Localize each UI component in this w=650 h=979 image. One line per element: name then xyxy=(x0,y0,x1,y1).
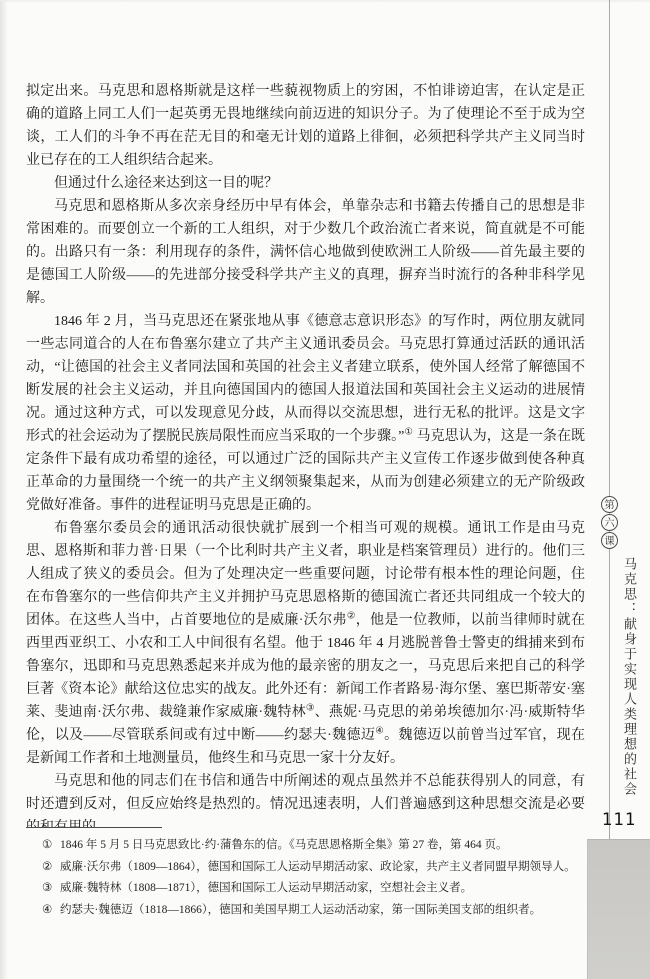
footnote-item: ①1846 年 5 月 5 日马克思致比·约·蒲鲁东的信。《马克思恩格斯全集》第… xyxy=(26,838,588,853)
footnote-marker: ① xyxy=(42,838,57,853)
footnote-marker: ③ xyxy=(42,881,57,896)
page-number: 111 xyxy=(602,810,636,829)
left-edge-shadow xyxy=(0,0,8,979)
footnote-marker: ④ xyxy=(42,903,57,918)
body-paragraph: 拟定出来。马克思和恩格斯就是这样一些藐视物质上的穷困，不怕诽谤迫害，在认定是正确… xyxy=(26,80,585,172)
footnote-ref: ④ xyxy=(375,726,384,736)
lesson-title: 马克思：献身于实现人类理想的社会 xyxy=(620,557,639,807)
footnote-text: 威廉·沃尔弗（1809—1864），德国和国际工人运动早期活动家、政论家，共产主… xyxy=(60,860,588,875)
scanned-book-page: 拟定出来。马克思和恩格斯就是这样一些藐视物质上的穷困，不怕诽谤迫害，在认定是正确… xyxy=(0,0,650,979)
lesson-badge-char: 第 xyxy=(601,496,618,513)
sidebar-rule xyxy=(609,0,610,839)
lesson-badge: 第六课 xyxy=(601,496,619,550)
footnote-text: 威廉·魏特林（1808—1871），德国和国际工人运动早期活动家，空想社会主义者… xyxy=(60,881,588,896)
lesson-badge-char: 六 xyxy=(601,514,618,531)
footnote-text: 约瑟夫·魏德迈（1818—1866），德国和美国早期工人运动活动家，第一国际美国… xyxy=(60,903,588,918)
corner-shade xyxy=(587,839,650,979)
footnote-marker: ② xyxy=(42,860,57,875)
footnote-ref: ② xyxy=(347,611,356,621)
body-paragraph: 1846 年 2 月，当马克思还在紧张地从事《德意志意识形态》的写作时，两位朋友… xyxy=(26,310,585,517)
footnote-text: 1846 年 5 月 5 日马克思致比·约·蒲鲁东的信。《马克思恩格斯全集》第 … xyxy=(60,838,588,853)
footnote-item: ④约瑟夫·魏德迈（1818—1866），德国和美国早期工人运动活动家，第一国际美… xyxy=(26,903,588,918)
body-paragraph: 但通过什么途径来达到这一目的呢？ xyxy=(26,172,585,195)
body-paragraph: 布鲁塞尔委员会的通讯活动很快就扩展到一个相当可观的规模。通讯工作是由马克思、恩格… xyxy=(26,517,585,770)
footnote-item: ②威廉·沃尔弗（1809—1864），德国和国际工人运动早期活动家、政论家，共产… xyxy=(26,860,588,875)
footnote-ref: ③ xyxy=(306,703,315,713)
body-paragraph: 马克思和他的同志们在书信和通告中所阐述的观点虽然并不总能获得别人的同意，有时还遭… xyxy=(26,770,585,828)
footnotes: ①1846 年 5 月 5 日马克思致比·约·蒲鲁东的信。《马克思恩格斯全集》第… xyxy=(26,838,588,924)
footnote-ref: ① xyxy=(404,427,413,437)
body-text: 拟定出来。马克思和恩格斯就是这样一些藐视物质上的穷困，不怕诽谤迫害，在认定是正确… xyxy=(26,80,585,828)
body-paragraph: 马克思和恩格斯从多次亲身经历中早有体会，单靠杂志和书籍去传播自己的思想是非常困难… xyxy=(26,195,585,310)
top-edge-shadow xyxy=(0,0,650,3)
footnote-separator xyxy=(26,827,162,828)
lesson-badge-char: 课 xyxy=(601,532,618,549)
footnote-item: ③威廉·魏特林（1808—1871），德国和国际工人运动早期活动家，空想社会主义… xyxy=(26,881,588,896)
